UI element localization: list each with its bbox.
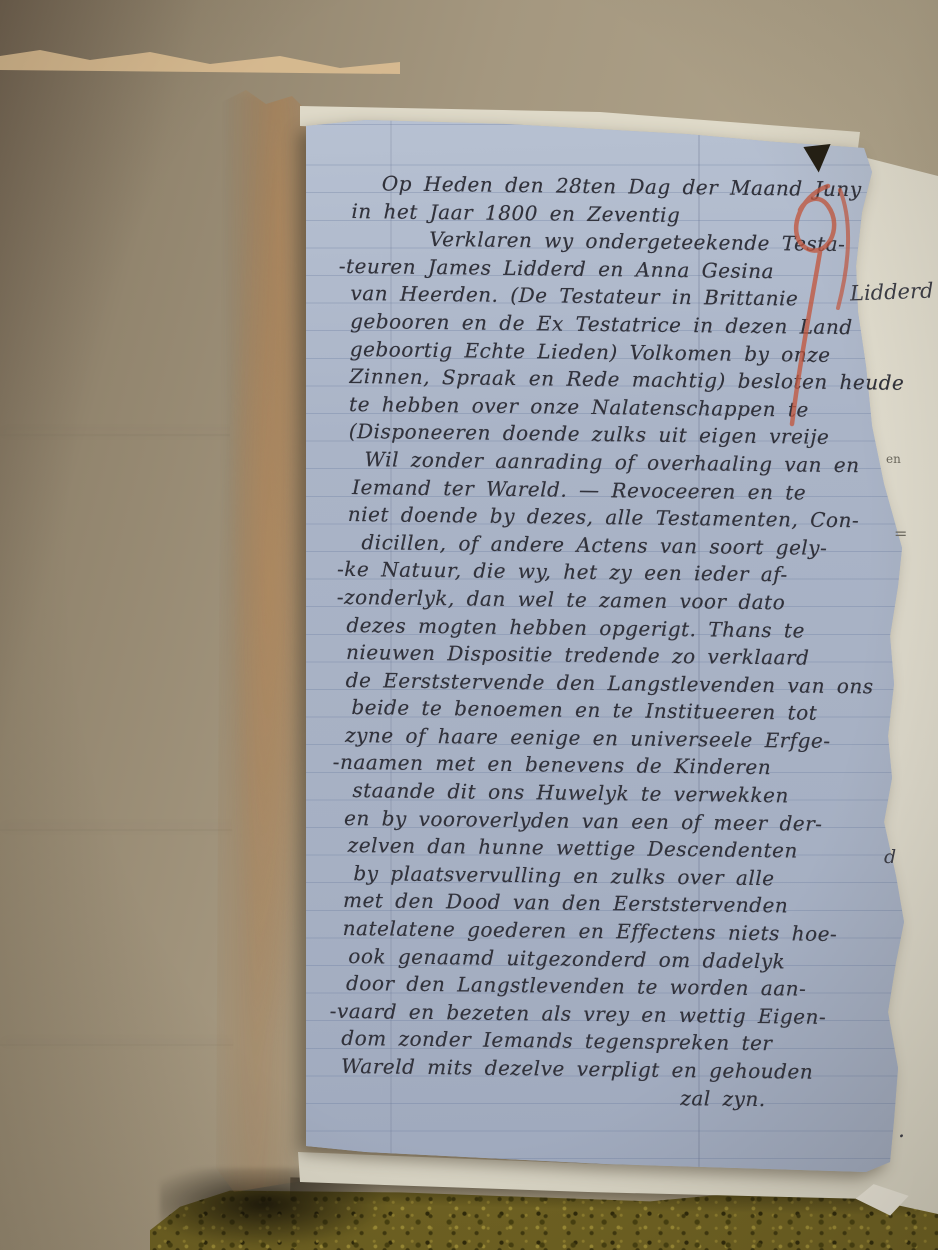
binding-guard-strip (216, 88, 320, 1192)
archive-photo: Op Heden den 28ten Dag der Maand Junyin … (0, 0, 938, 1250)
manuscript-text: Op Heden den 28ten Dag der Maand Junyin … (341, 170, 912, 1115)
left-book-page (0, 50, 240, 1250)
margin-fragment: d (884, 846, 896, 868)
margin-fragment: = (894, 524, 907, 543)
manuscript-line: zal zyn. (341, 1081, 766, 1114)
margin-fragment: Lidderd (850, 279, 934, 306)
margin-fragment: . (898, 1118, 905, 1143)
margin-fragment: en (886, 452, 901, 466)
